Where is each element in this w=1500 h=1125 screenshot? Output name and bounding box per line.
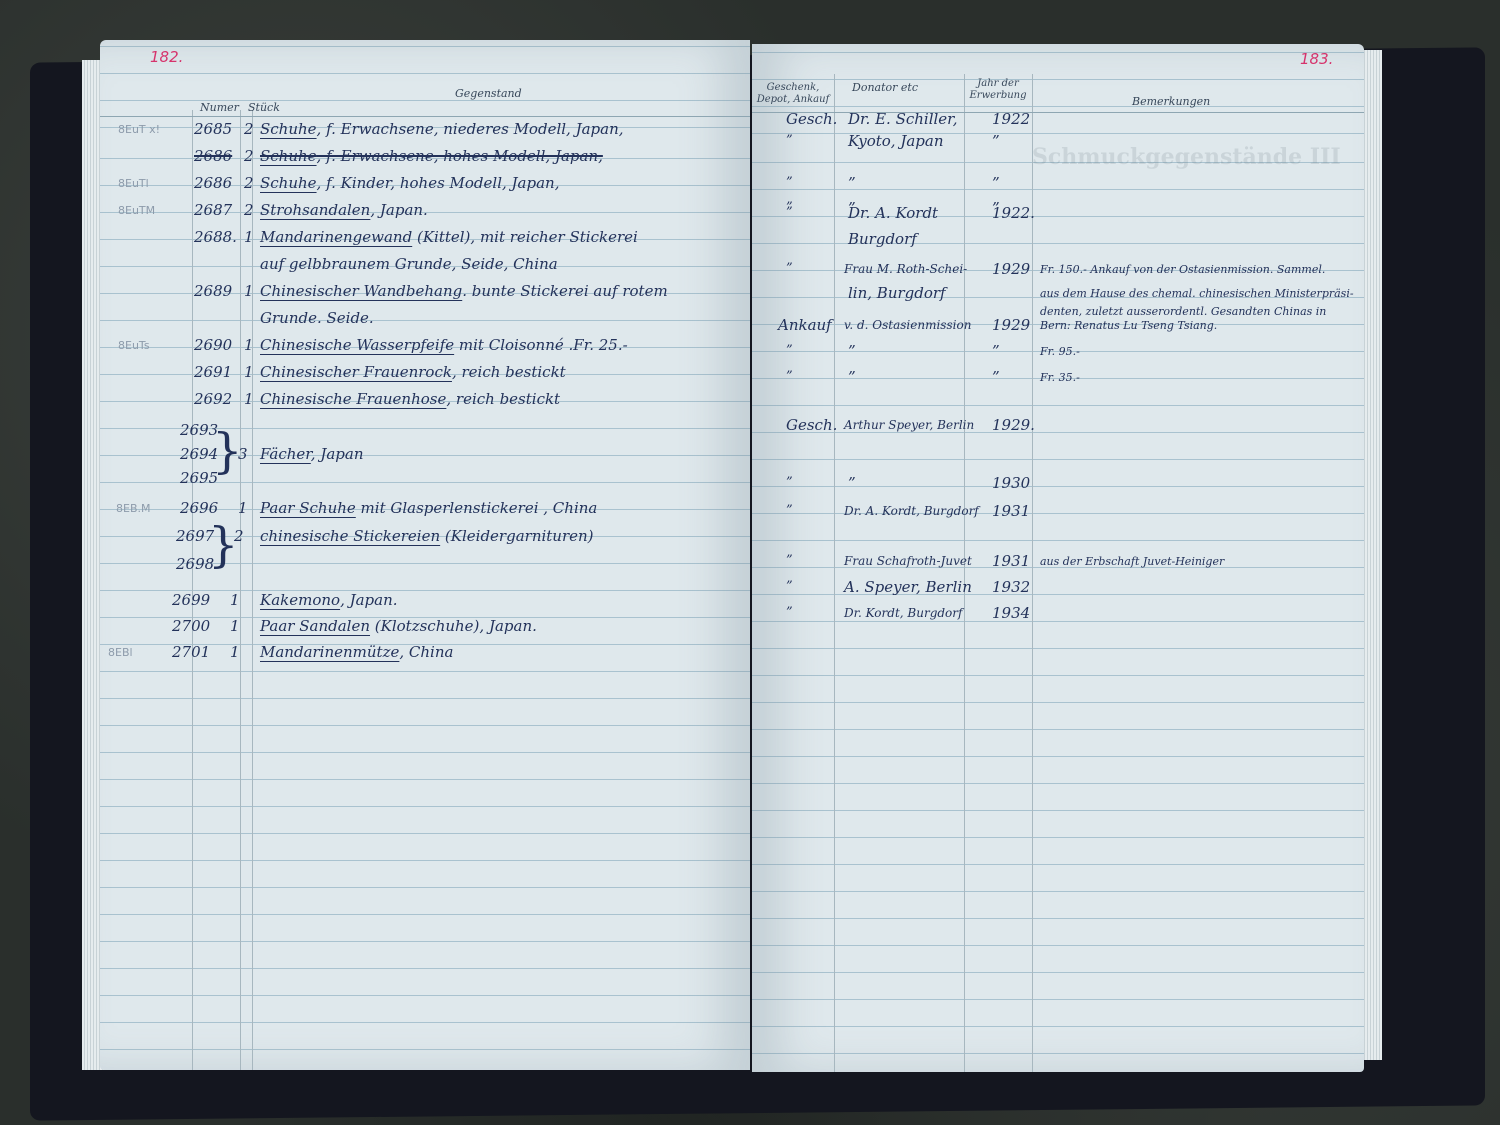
donor-name: Frau Schafroth-Juvet bbox=[844, 552, 972, 570]
column-rule bbox=[964, 74, 965, 1072]
acquisition-type: ” bbox=[786, 604, 793, 622]
object-details: . bunte Stickerei auf rotem bbox=[462, 282, 667, 300]
item-number: 2701 bbox=[172, 643, 210, 661]
acquisition-type: ” bbox=[786, 502, 793, 520]
donor-name: Dr. Kordt, Burgdorf bbox=[844, 604, 962, 622]
acquisition-year: 1929. bbox=[992, 416, 1035, 434]
header-rule bbox=[752, 112, 1364, 113]
acquisition-type: ” bbox=[786, 204, 793, 222]
acquisition-type: ” bbox=[786, 578, 793, 596]
header-object: Gegenstand bbox=[455, 88, 522, 100]
item-count: 1 bbox=[244, 282, 254, 300]
item-count: 2 bbox=[234, 527, 244, 545]
item-number: 2685 bbox=[194, 120, 232, 138]
header-remarks: Bemerkungen bbox=[1132, 96, 1210, 108]
acquisition-year: 1934 bbox=[992, 604, 1030, 622]
item-number: 2692 bbox=[194, 390, 232, 408]
item-count: 1 bbox=[230, 617, 240, 635]
acquisition-type: ” bbox=[786, 474, 793, 492]
object-description: Mandarinengewand (Kittel), mit reicher S… bbox=[260, 228, 638, 246]
object-details: , f. Erwachsene, niederes Modell, Japan, bbox=[317, 120, 624, 138]
remarks-text: Fr. 150.- Ankauf von der Ostasienmission… bbox=[1040, 263, 1325, 276]
donor-name: Arthur Speyer, Berlin bbox=[844, 416, 974, 434]
donor-name: Dr. A. Kordt bbox=[848, 204, 938, 222]
acquisition-type: ” bbox=[786, 174, 793, 192]
remarks-text: aus dem Hause des chemal. chinesischen M… bbox=[1040, 287, 1354, 300]
item-number: 2690 bbox=[194, 336, 232, 354]
bleedthrough-text: Schmuckgegenstände III bbox=[1032, 144, 1341, 170]
object-name: Chinesischer Wandbehang bbox=[260, 282, 462, 300]
object-details: , reich bestickt bbox=[452, 363, 566, 381]
right-page: 183. Geschenk, Depot, Ankauf Donator etc… bbox=[752, 44, 1364, 1072]
object-description: Paar Schuhe mit Glasperlenstickerei , Ch… bbox=[260, 499, 597, 517]
item-count: 3 bbox=[238, 445, 248, 463]
header-count: Stück bbox=[248, 102, 280, 114]
object-description: auf gelbbraunem Grunde, Seide, China bbox=[260, 255, 558, 273]
remarks-text: Bern: Renatus Lu Tseng Tsiang. bbox=[1040, 319, 1217, 332]
object-description: Schuhe, f. Erwachsene, hohes Modell, Jap… bbox=[260, 147, 603, 165]
column-rule bbox=[834, 74, 835, 1072]
donor-name: v. d. Ostasienmission bbox=[844, 316, 971, 334]
acquisition-type: Ankauf bbox=[778, 316, 832, 334]
donor-name: lin, Burgdorf bbox=[848, 284, 946, 302]
pencil-inventory-mark: 8EB.M bbox=[116, 502, 150, 515]
pencil-inventory-mark: 8EBl bbox=[108, 646, 133, 659]
object-description: Schuhe, f. Erwachsene, niederes Modell, … bbox=[260, 120, 624, 138]
item-number: 2686 bbox=[194, 174, 232, 192]
donor-name: A. Speyer, Berlin bbox=[844, 578, 972, 596]
object-name: Paar Schuhe bbox=[260, 499, 356, 517]
donor-name: Burgdorf bbox=[848, 230, 917, 248]
object-name: chinesische Stickereien bbox=[260, 527, 440, 545]
object-details: Grunde. Seide. bbox=[260, 309, 374, 327]
item-number: 2687 bbox=[194, 201, 232, 219]
object-details: , Japan bbox=[311, 445, 364, 463]
donor-name: ” bbox=[848, 474, 856, 492]
object-name: Paar Sandalen bbox=[260, 617, 370, 635]
pencil-inventory-mark: 8EuTM bbox=[118, 204, 155, 217]
acquisition-year: 1929 bbox=[992, 260, 1030, 278]
remarks-text: Fr. 95.- bbox=[1040, 345, 1080, 358]
item-count: 1 bbox=[244, 336, 254, 354]
object-description: Chinesische Frauenhose, reich bestickt bbox=[260, 390, 560, 408]
donor-name: Frau M. Roth-Schei- bbox=[844, 260, 967, 278]
object-details: , reich bestickt bbox=[446, 390, 560, 408]
acquisition-type: ” bbox=[786, 342, 793, 360]
remarks-text: denten, zuletzt ausserordentl. Gesandten… bbox=[1040, 305, 1326, 318]
object-name: Mandarinenmütze bbox=[260, 643, 399, 661]
donor-name: ” bbox=[848, 174, 856, 192]
object-description: Chinesischer Frauenrock, reich bestickt bbox=[260, 363, 566, 381]
item-count: 1 bbox=[230, 591, 240, 609]
object-description: Schuhe, f. Kinder, hohes Modell, Japan, bbox=[260, 174, 559, 192]
remarks-text: aus der Erbschaft Juvet-Heiniger bbox=[1040, 555, 1224, 568]
donor-name: Kyoto, Japan bbox=[848, 132, 944, 150]
object-name: Schuhe bbox=[260, 147, 317, 165]
header-year: Jahr der Erwerbung bbox=[966, 78, 1030, 102]
acquisition-year: 1931 bbox=[992, 502, 1030, 520]
object-description: chinesische Stickereien (Kleidergarnitur… bbox=[260, 527, 594, 545]
acquisition-type: ” bbox=[786, 368, 793, 386]
item-count: 1 bbox=[230, 643, 240, 661]
item-number: 2696 bbox=[180, 499, 218, 517]
page-edges-right bbox=[1362, 50, 1382, 1060]
item-number: 2689 bbox=[194, 282, 232, 300]
object-details: , Japan. bbox=[340, 591, 397, 609]
item-number: 2699 bbox=[172, 591, 210, 609]
donor-name: Dr. A. Kordt, Burgdorf bbox=[844, 502, 979, 520]
object-name: Strohsandalen bbox=[260, 201, 370, 219]
item-count: 1 bbox=[244, 228, 254, 246]
object-details: auf gelbbraunem Grunde, Seide, China bbox=[260, 255, 558, 273]
acquisition-year: ” bbox=[992, 132, 1000, 150]
header-type: Geschenk, Depot, Ankauf bbox=[752, 82, 834, 106]
acquisition-type: ” bbox=[786, 260, 793, 278]
item-number: 2688. bbox=[194, 228, 237, 246]
object-details: , f. Erwachsene, hohes Modell, Japan, bbox=[317, 147, 603, 165]
object-description: Fächer, Japan bbox=[260, 445, 364, 463]
item-number: 2700 bbox=[172, 617, 210, 635]
column-rule bbox=[252, 110, 253, 1070]
object-details: , China bbox=[399, 643, 453, 661]
acquisition-type: ” bbox=[786, 552, 793, 570]
object-name: Schuhe bbox=[260, 120, 317, 138]
pencil-inventory-mark: 8EuTl bbox=[118, 177, 149, 190]
object-details: (Kittel), mit reicher Stickerei bbox=[412, 228, 638, 246]
acquisition-year: 1932 bbox=[992, 578, 1030, 596]
object-name: Schuhe bbox=[260, 174, 317, 192]
header-rule bbox=[100, 116, 750, 117]
acquisition-type: ” bbox=[786, 132, 793, 150]
column-rule bbox=[240, 110, 241, 1070]
object-details: mit Glasperlenstickerei , China bbox=[356, 499, 598, 517]
pencil-inventory-mark: 8EuTs bbox=[118, 339, 150, 352]
acquisition-year: 1930 bbox=[992, 474, 1030, 492]
object-name: Kakemono bbox=[260, 591, 340, 609]
donor-name: ” bbox=[848, 342, 856, 360]
item-count: 2 bbox=[244, 174, 254, 192]
header-donor: Donator etc bbox=[852, 82, 918, 94]
object-name: Chinesische Wasserpfeife bbox=[260, 336, 454, 354]
acquisition-year: 1929 bbox=[992, 316, 1030, 334]
page-number-right: 183. bbox=[1300, 50, 1333, 68]
object-description: Paar Sandalen (Klotzschuhe), Japan. bbox=[260, 617, 537, 635]
header-number: Numer bbox=[200, 102, 239, 114]
object-name: Mandarinengewand bbox=[260, 228, 412, 246]
acquisition-year: 1922. bbox=[992, 204, 1035, 222]
page-number-left: 182. bbox=[150, 48, 183, 66]
object-description: Strohsandalen, Japan. bbox=[260, 201, 428, 219]
object-details: , Japan. bbox=[370, 201, 427, 219]
donor-name: ” bbox=[848, 368, 856, 386]
object-name: Fächer bbox=[260, 445, 311, 463]
item-count: 1 bbox=[244, 390, 254, 408]
column-rule bbox=[1032, 74, 1033, 1072]
donor-name: Dr. E. Schiller, bbox=[848, 110, 957, 128]
object-description: Mandarinenmütze, China bbox=[260, 643, 453, 661]
item-count: 2 bbox=[244, 120, 254, 138]
object-name: Chinesischer Frauenrock bbox=[260, 363, 452, 381]
acquisition-year: ” bbox=[992, 368, 1000, 386]
object-description: Chinesische Wasserpfeife mit Cloisonné .… bbox=[260, 336, 628, 354]
object-details: , f. Kinder, hohes Modell, Japan, bbox=[317, 174, 560, 192]
object-details: (Klotzschuhe), Japan. bbox=[370, 617, 537, 635]
object-description: Grunde. Seide. bbox=[260, 309, 374, 327]
acquisition-type: Gesch. bbox=[786, 416, 837, 434]
item-count: 2 bbox=[244, 147, 254, 165]
object-name: Chinesische Frauenhose bbox=[260, 390, 446, 408]
left-page: 182. Numer Stück Gegenstand 8EuT x!26852… bbox=[100, 40, 750, 1070]
pencil-inventory-mark: 8EuT x! bbox=[118, 123, 160, 136]
object-description: Kakemono, Japan. bbox=[260, 591, 398, 609]
object-description: Chinesischer Wandbehang. bunte Stickerei… bbox=[260, 282, 668, 300]
object-details: (Kleidergarnituren) bbox=[440, 527, 593, 545]
acquisition-year: ” bbox=[992, 342, 1000, 360]
remarks-text: Fr. 35.- bbox=[1040, 371, 1080, 384]
item-count: 1 bbox=[238, 499, 248, 517]
acquisition-year: 1922 bbox=[992, 110, 1030, 128]
acquisition-year: ” bbox=[992, 174, 1000, 192]
item-count: 1 bbox=[244, 363, 254, 381]
column-rule bbox=[192, 110, 193, 1070]
item-number: 2686 bbox=[194, 147, 232, 165]
acquisition-type: Gesch. bbox=[786, 110, 837, 128]
object-details: mit Cloisonné .Fr. 25.- bbox=[454, 336, 628, 354]
item-number: 2691 bbox=[194, 363, 232, 381]
item-count: 2 bbox=[244, 201, 254, 219]
acquisition-year: 1931 bbox=[992, 552, 1030, 570]
